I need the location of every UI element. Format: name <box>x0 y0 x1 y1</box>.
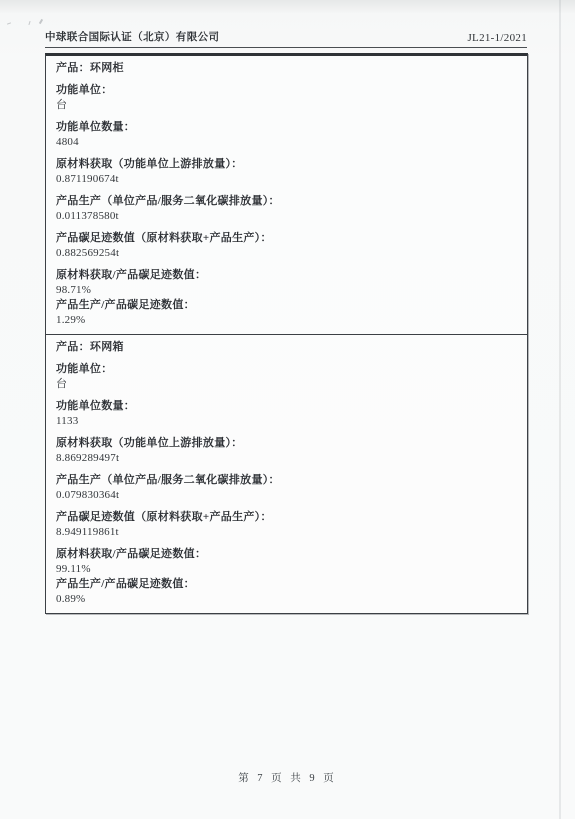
product-data-table: 产品：环网柜 功能单位： 台 功能单位数量： 4804 原材料获取（功能单位上游… <box>45 53 528 614</box>
product-section-huanwanggui: 产品：环网柜 功能单位： 台 功能单位数量： 4804 原材料获取（功能单位上游… <box>46 56 527 334</box>
ratio-value: 0.89% <box>56 592 517 607</box>
field-value: 0.871190674t <box>56 172 517 187</box>
field-value: 0.882569254t <box>56 246 517 261</box>
ratio-value: 1.29% <box>56 313 517 328</box>
field-label: 产品生产（单位产品/服务二氧化碳排放量）： <box>56 194 517 209</box>
field-label: 功能单位数量： <box>56 120 517 135</box>
field-value: 4804 <box>56 135 517 150</box>
field-value: 0.079830364t <box>56 488 517 503</box>
ratio-label: 原材料获取/产品碳足迹数值： <box>56 547 517 562</box>
field-value: 1133 <box>56 414 517 429</box>
product-title: 产品：环网柜 <box>56 61 517 76</box>
product-section-huanwangxiang: 产品：环网箱 功能单位： 台 功能单位数量： 1133 原材料获取（功能单位上游… <box>46 334 527 613</box>
field-value: 台 <box>56 377 517 392</box>
document-page: 中球联合国际认证（北京）有限公司 JL21-1/2021 产品：环网柜 功能单位… <box>0 0 575 819</box>
field-label: 产品碳足迹数值（原材料获取+产品生产）： <box>56 231 517 246</box>
ratio-value: 98.71% <box>56 283 517 298</box>
field-label: 产品生产（单位产品/服务二氧化碳排放量）： <box>56 473 517 488</box>
scan-edge-streak <box>559 0 561 819</box>
field-label: 功能单位： <box>56 83 517 98</box>
page-header: 中球联合国际认证（北京）有限公司 JL21-1/2021 <box>45 26 527 48</box>
ratio-label: 产品生产/产品碳足迹数值： <box>56 298 517 313</box>
field-label: 原材料获取（功能单位上游排放量）： <box>56 157 517 172</box>
field-value: 台 <box>56 98 517 113</box>
field-value: 0.011378580t <box>56 209 517 224</box>
company-name: 中球联合国际认证（北京）有限公司 <box>45 29 219 44</box>
field-label: 功能单位数量： <box>56 399 517 414</box>
field-value: 8.949119861t <box>56 525 517 540</box>
field-label: 产品碳足迹数值（原材料获取+产品生产）： <box>56 510 517 525</box>
doc-number: JL21-1/2021 <box>467 32 527 44</box>
product-title: 产品：环网箱 <box>56 340 517 355</box>
ratio-value: 99.11% <box>56 562 517 577</box>
ratio-label: 产品生产/产品碳足迹数值： <box>56 577 517 592</box>
page-footer: 第 7 页 共 9 页 <box>0 770 575 785</box>
page-number: 第 7 页 共 9 页 <box>238 773 337 784</box>
ratio-label: 原材料获取/产品碳足迹数值： <box>56 268 517 283</box>
field-value: 8.869289497t <box>56 451 517 466</box>
field-label: 原材料获取（功能单位上游排放量）： <box>56 436 517 451</box>
field-label: 功能单位： <box>56 362 517 377</box>
